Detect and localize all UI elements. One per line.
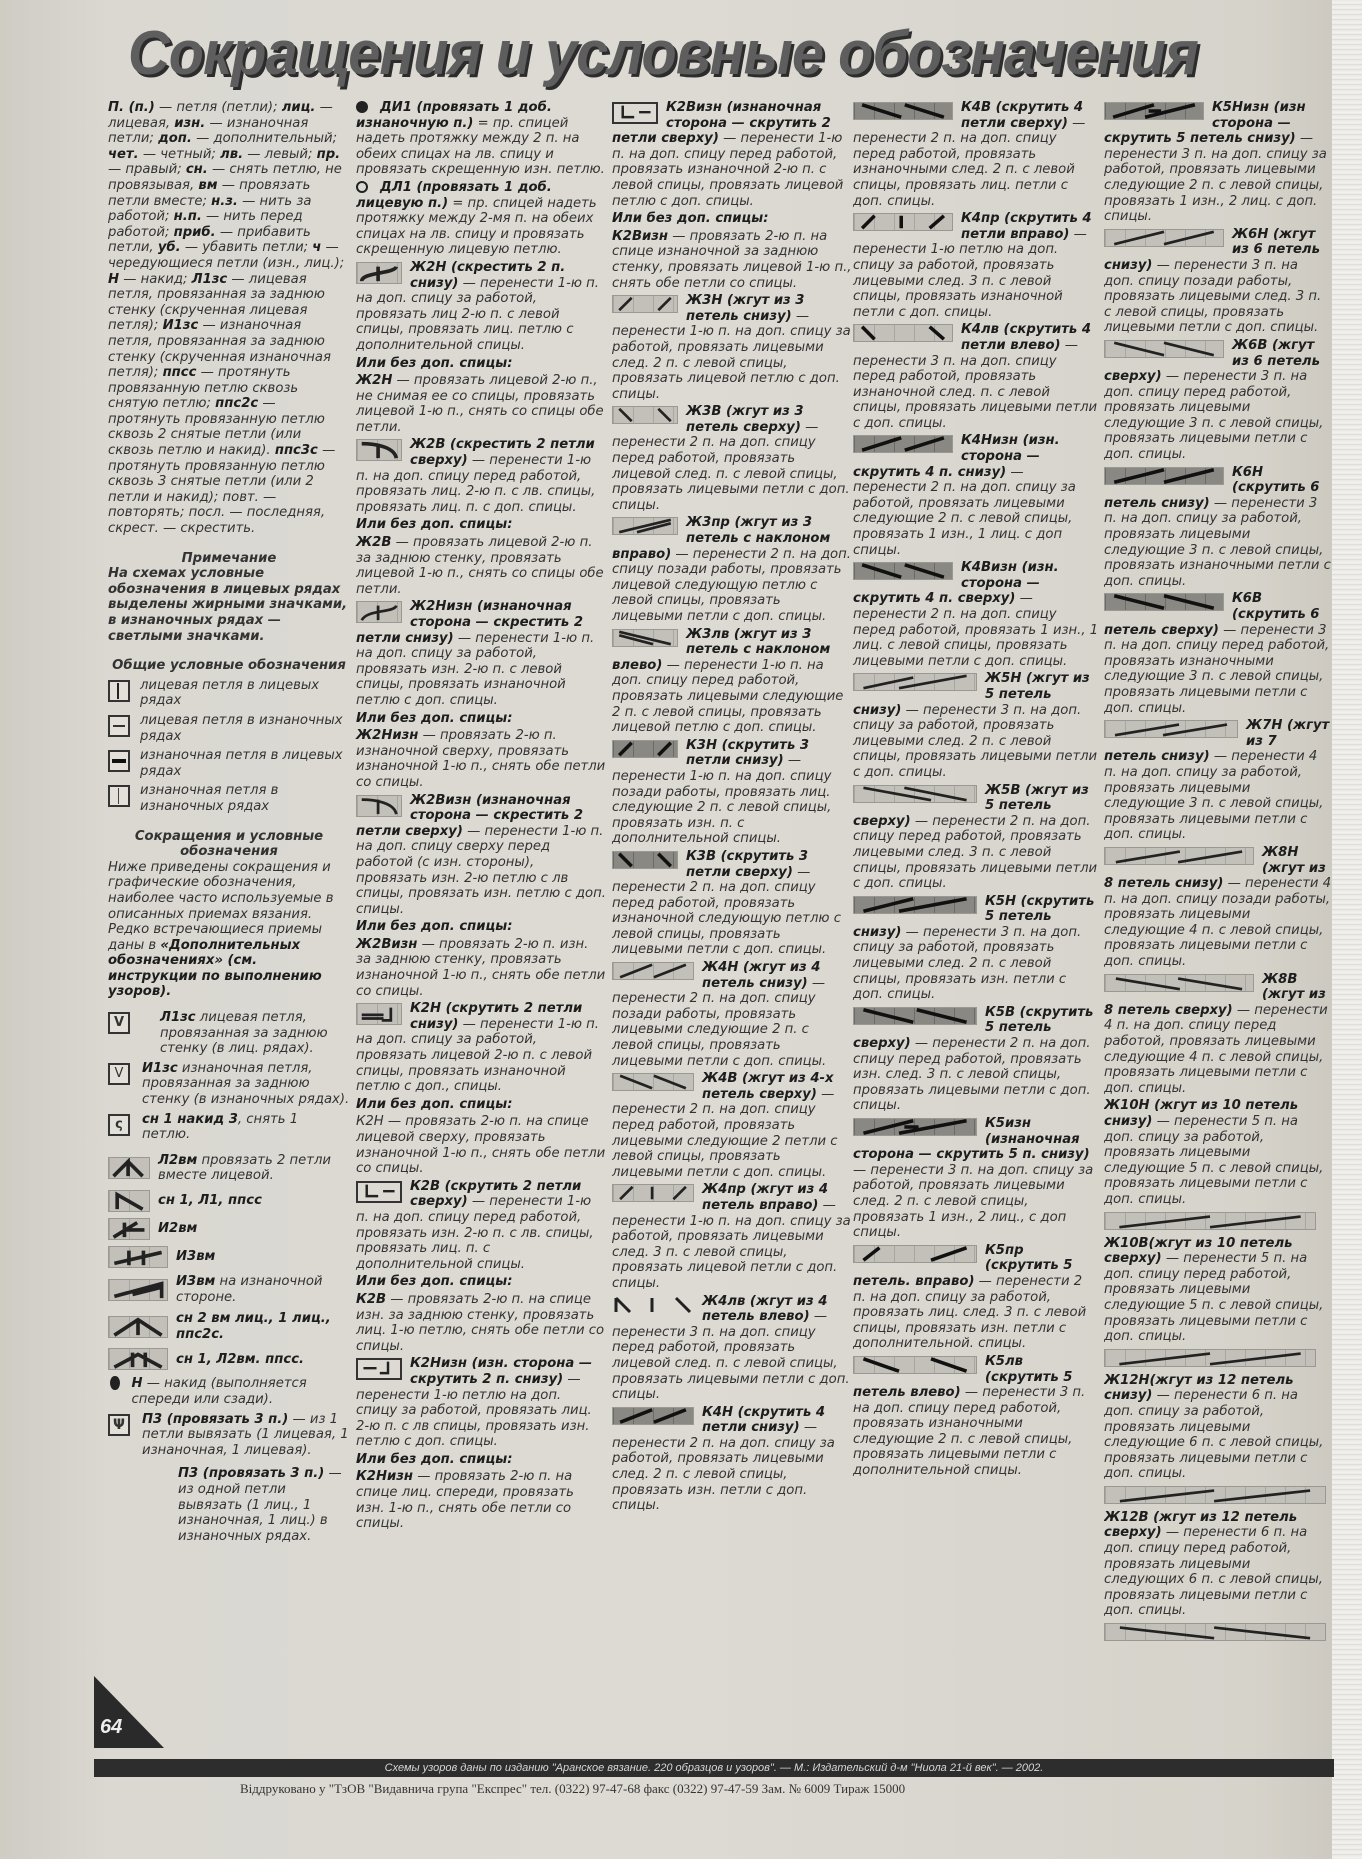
knit-on-wrong-side-symbol-icon — [108, 715, 130, 737]
twisted-knit-symbol-icon: V — [108, 1012, 130, 1034]
entry-k2n: К2Н (скрутить 2 петли снизу) — перенести… — [356, 1001, 606, 1095]
twist-4-below-ws-symbol-icon — [853, 435, 953, 453]
cable-10-above-symbol-icon — [1104, 1349, 1316, 1367]
cable-12-below-symbol-icon — [1104, 1486, 1326, 1504]
note-heading: Примечание — [108, 551, 350, 567]
sk2po-symbol-icon — [108, 1348, 168, 1370]
column-4: К4В (скрутить 4 петли сверху) — перенест… — [853, 100, 1099, 1481]
cross-2-below-ws-symbol-icon — [356, 601, 402, 623]
twist-6-below-symbol-icon — [1104, 467, 1224, 485]
twist-4-left-symbol-icon — [853, 324, 953, 342]
symbol-row: И2вм — [108, 1218, 350, 1240]
twist-3-below-symbol-icon — [612, 740, 678, 758]
twist-3-above-symbol-icon — [612, 851, 678, 869]
twist-2-above-ws-symbol-icon — [612, 102, 658, 124]
knit-stitch-symbol-icon — [108, 680, 130, 702]
twist-2-above-symbol-icon — [356, 1181, 402, 1203]
symbol-row: И3вм на изнаночной стороне. — [108, 1274, 350, 1305]
twist-5-above-symbol-icon — [853, 1007, 977, 1025]
make-one-knit-icon — [356, 181, 368, 193]
symbol-row: сн 1, Л2вм. ппсс. — [108, 1348, 350, 1370]
cable-3-below-symbol-icon — [612, 295, 678, 313]
symbol-row: И3вм — [108, 1246, 350, 1268]
decrease-symbols-list: Л2вм провязать 2 петли вместе лицевой. с… — [108, 1153, 350, 1371]
twist-5-left-symbol-icon — [853, 1356, 977, 1374]
yarnover-row: Н — накид (выполняется спереди или сзади… — [108, 1376, 350, 1407]
cable-6-below-symbol-icon — [1104, 229, 1224, 247]
note-body: На схемах условные обозначения в лицевых… — [108, 566, 350, 644]
section-heading: Сокращения и условные обозначения — [108, 829, 350, 860]
cable-5-above-symbol-icon — [853, 785, 977, 803]
cable-12-above-symbol-icon — [1104, 1623, 1326, 1641]
twist-4-above-symbol-icon — [853, 102, 953, 120]
symbol-row: лицевая петля в изнаночных рядах — [108, 713, 350, 744]
abbr-term: П. (п.) — [108, 100, 155, 115]
column-2: ДИ1 (провязать 1 доб. изнаночную п.) = п… — [356, 100, 606, 1534]
entry-zh2vizn: Ж2Визн (изнаночная сторона — скрестить 2… — [356, 793, 606, 918]
skpo-symbol-icon — [108, 1190, 150, 1212]
twist-6-above-symbol-icon — [1104, 593, 1224, 611]
entry-k2nizn: К2Низн (изн. сторона — скрутить 2 п. сни… — [356, 1356, 606, 1450]
entry-zh2v: Ж2В (скрестить 2 петли сверху) — перенес… — [356, 437, 606, 515]
twist-4-above-ws-symbol-icon — [853, 562, 953, 580]
p3-front-row: Ψ П3 (провязать 3 п.) — из 1 петли вывяз… — [108, 1412, 350, 1459]
s2kpo-symbol-icon — [108, 1316, 168, 1338]
symbol-row: V Л1зс лицевая петля, провязанная за зад… — [108, 1010, 350, 1057]
entry-k2v: К2В (скрутить 2 петли сверху) — перенест… — [356, 1179, 606, 1273]
k2tog-symbol-icon — [108, 1157, 150, 1179]
cable-8-above-symbol-icon — [1104, 974, 1254, 992]
p3tog-wrong-side-symbol-icon — [108, 1279, 168, 1301]
cable-7-below-symbol-icon — [1104, 720, 1238, 738]
make-three-symbol-icon: Ψ — [108, 1414, 130, 1436]
symbol-row: V И1зс изнаночная петля, провязанная за … — [108, 1061, 350, 1108]
cable-4-above-symbol-icon — [612, 1073, 694, 1091]
symbol-row: лицевая петля в лицевых рядах — [108, 678, 350, 709]
symbol-row: изнаночная петля в изнаночных рядах — [108, 783, 350, 814]
twist-5-below-ws-symbol-icon — [853, 1118, 977, 1136]
twist-5-below-ws-alt-symbol-icon — [1104, 102, 1204, 120]
cable-3-right-symbol-icon — [612, 517, 678, 535]
p3tog-symbol-icon — [108, 1246, 168, 1268]
entry-dl1: ДЛ1 (провязать 1 доб. лицевую п.) = пр. … — [356, 180, 606, 258]
yarnover-icon — [110, 1376, 120, 1390]
printer-imprint: Віддруковано у "ТзОВ "Видавнича група "Е… — [240, 1781, 1240, 1797]
make-one-purl-icon — [356, 101, 368, 113]
cable-3-above-symbol-icon — [612, 406, 678, 424]
cable-10-below-symbol-icon — [1104, 1212, 1316, 1230]
twist-5-below-symbol-icon — [853, 896, 977, 914]
p3-back-row: П3 (провязать 3 п.) — из одной петли выв… — [108, 1466, 350, 1544]
cable-4-below-symbol-icon — [612, 962, 694, 980]
boxed-symbols-list: V Л1зс лицевая петля, провязанная за зад… — [108, 1010, 350, 1143]
purl-on-wrong-side-symbol-icon — [108, 785, 130, 807]
entry-di1: ДИ1 (провязать 1 доб. изнаночную п.) = п… — [356, 100, 606, 178]
twist-2-below-ws-symbol-icon — [356, 1358, 402, 1380]
source-footer-bar: Схемы узоров даны по изданию "Аранское в… — [94, 1759, 1334, 1777]
section-intro: Ниже приведены сокращения и графические … — [108, 860, 350, 1000]
symbol-row: сн 1, Л1, ппсс — [108, 1190, 350, 1212]
cable-8-below-symbol-icon — [1104, 847, 1254, 865]
abbreviation-glossary: П. (п.) — петля (петли); лиц. — лицевая,… — [108, 100, 350, 537]
symbol-row: изнаночная петля в лицевых рядах — [108, 748, 350, 779]
page-spine-edge — [1332, 0, 1362, 1859]
entry-zh2nizn: Ж2Низн (изнаночная сторона — скрестить 2… — [356, 599, 606, 708]
general-symbols-list: лицевая петля в лицевых рядах лицевая пе… — [108, 678, 350, 815]
twist-4-right-symbol-icon — [853, 213, 953, 231]
page-title: Сокращения и условные обозначения — [128, 14, 1253, 94]
column-3: К2Визн (изнаночная сторона — скрутить 2 … — [612, 100, 852, 1516]
twist-2-below-symbol-icon — [356, 1003, 402, 1025]
slip-yarnover-symbol-icon: ς — [108, 1114, 130, 1136]
twist-5-right-symbol-icon — [853, 1245, 977, 1263]
symbol-row: Л2вм провязать 2 петли вместе лицевой. — [108, 1153, 350, 1184]
general-symbols-heading: Общие условные обозначения — [108, 658, 350, 674]
entry-zh2n: Ж2Н (скрестить 2 п. снизу) — перенести 1… — [356, 260, 606, 354]
column-5: К5Низн (изн сторона — скрутить 5 петель … — [1104, 100, 1332, 1647]
purl-stitch-symbol-icon — [108, 750, 130, 772]
cable-4-right-symbol-icon — [612, 1184, 694, 1202]
cable-6-above-symbol-icon — [1104, 340, 1224, 358]
twist-4-below-symbol-icon — [612, 1407, 694, 1425]
magazine-page: Сокращения и условные обозначения П. (п.… — [0, 0, 1362, 1859]
cross-2-below-symbol-icon — [356, 262, 402, 284]
symbol-row: сн 2 вм лиц., 1 лиц., ппс2с. — [108, 1311, 350, 1342]
twisted-purl-symbol-icon: V — [108, 1063, 130, 1085]
p2tog-symbol-icon — [108, 1218, 150, 1240]
cross-2-above-symbol-icon — [356, 439, 402, 461]
page-number: 64 — [100, 1716, 122, 1739]
cable-4-left-symbol-icon — [612, 1296, 694, 1314]
cable-3-left-symbol-icon — [612, 629, 678, 647]
cross-2-above-ws-symbol-icon — [356, 795, 402, 817]
symbol-row: ς сн 1 накид 3, снять 1 петлю. — [108, 1112, 350, 1143]
cable-5-below-symbol-icon — [853, 673, 977, 691]
column-1: П. (п.) — петля (петли); лиц. — лицевая,… — [108, 100, 350, 1544]
